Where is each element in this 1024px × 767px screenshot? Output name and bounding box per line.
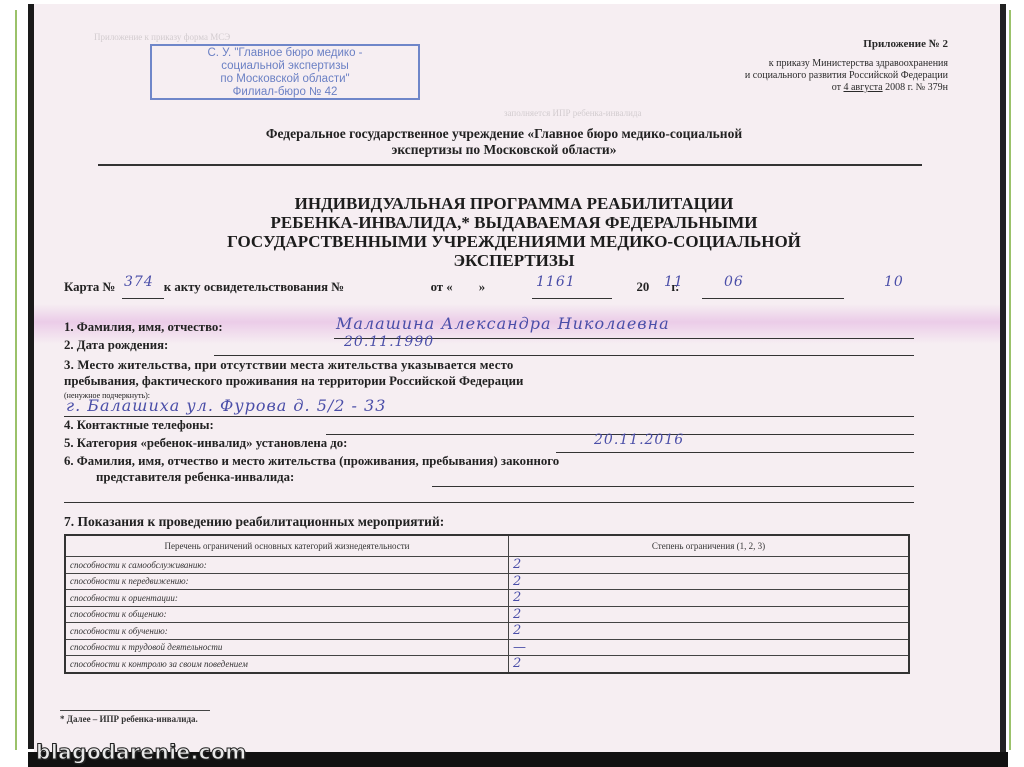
underline <box>532 298 612 299</box>
bleed-through-text: заполняется ИПР ребенка-инвалида <box>504 108 641 118</box>
field-category-until-value: 20.11.2016 <box>594 432 684 448</box>
document-title-line: ЭКСПЕРТИЗЫ <box>64 251 964 270</box>
organization-line: экспертизы по Московской области» <box>94 142 914 158</box>
act-year: 10 <box>884 274 904 290</box>
column-header-degree: Степень ограничения (1, 2, 3) <box>509 535 910 557</box>
scanned-document-page: Приложение к приказу форма МСЭ заполняет… <box>34 4 1000 752</box>
table-header-row: Перечень ограничений основных категорий … <box>65 535 909 557</box>
stamp-line: по Московской области" <box>152 73 418 86</box>
category-cell: способности к контролю за своим поведени… <box>65 656 509 673</box>
slide: Приложение к приказу форма МСЭ заполняет… <box>0 0 1024 767</box>
watermark: blagodarenie.com <box>36 740 247 764</box>
table-row: способности к контролю за своим поведени… <box>65 656 909 673</box>
card-label: Карта № <box>64 280 115 294</box>
section-7-title: 7. Показания к проведению реабилитационн… <box>64 514 444 530</box>
year-prefix: 20 <box>637 280 650 294</box>
field-full-name-value: Малашина Александра Николаевна <box>336 314 670 333</box>
organization-line: Федеральное государственное учреждение «… <box>94 126 914 142</box>
institution-stamp: С. У. "Главное бюро медико - социальной … <box>150 44 420 100</box>
underline <box>122 298 164 299</box>
stamp-line: социальной экспертизы <box>152 60 418 73</box>
field-residence-label: 3. Место жительства, при отсутствии мест… <box>64 358 514 373</box>
field-birth-date-label: 2. Дата рождения: <box>64 338 168 353</box>
column-header-categories: Перечень ограничений основных категорий … <box>65 535 509 557</box>
underline <box>556 452 914 453</box>
appendix-order-number: 2008 г. № 379н <box>885 82 948 93</box>
appendix-line: и социального развития Российской Федера… <box>745 70 948 82</box>
table-row: способности к самообслуживанию: 2 <box>65 557 909 574</box>
category-cell: способности к самообслуживанию: <box>65 557 509 574</box>
act-date-label: от « <box>431 280 453 294</box>
category-cell: способности к трудовой деятельности <box>65 639 509 656</box>
table-row: способности к ориентации: 2 <box>65 590 909 607</box>
card-number: 374 <box>124 274 154 290</box>
underline <box>214 355 914 356</box>
decorative-border-right <box>1009 10 1011 750</box>
appendix-line: к приказу Министерства здравоохранения <box>745 58 948 70</box>
table-row: способности к обучению: 2 <box>65 623 909 640</box>
act-month: 06 <box>724 274 744 290</box>
appendix-date-prefix: от <box>832 82 841 93</box>
appendix-date-line: от 4 августа 2008 г. № 379н <box>745 82 948 94</box>
document-title-line: РЕБЕНКА-ИНВАЛИДА,* ВЫДАВАЕМАЯ ФЕДЕРАЛЬНЫ… <box>64 213 964 232</box>
underline <box>64 502 914 503</box>
table-row: способности к трудовой деятельности — <box>65 639 909 656</box>
field-residence-label: пребывания, фактического проживания на т… <box>64 374 523 389</box>
scan-edge-right <box>1000 4 1006 754</box>
organization-name: Федеральное государственное учреждение «… <box>94 126 914 158</box>
quote-close: » <box>479 280 485 294</box>
act-day: 11 <box>664 274 684 290</box>
limitations-table: Перечень ограничений основных категорий … <box>64 534 910 674</box>
degree-cell: 2 <box>509 573 910 590</box>
field-residence-value: г. Балашиха ул. Фурова д. 5/2 - 33 <box>66 396 386 415</box>
category-cell: способности к общению: <box>65 606 509 623</box>
field-birth-date-value: 20.11.1990 <box>344 334 434 350</box>
act-number: 1161 <box>536 274 576 290</box>
degree-cell: 2 <box>509 590 910 607</box>
category-cell: способности к передвижению: <box>65 573 509 590</box>
degree-cell: 2 <box>509 557 910 574</box>
table-row: способности к общению: 2 <box>65 606 909 623</box>
field-category-until-label: 5. Категория «ребенок-инвалид» установле… <box>64 436 347 451</box>
field-full-name-label: 1. Фамилия, имя, отчество: <box>64 320 223 335</box>
stamp-line: С. У. "Главное бюро медико - <box>152 47 418 60</box>
footnote: * Далее – ИПР ребенка-инвалида. <box>60 714 198 724</box>
appendix-header: Приложение № 2 к приказу Министерства зд… <box>745 38 948 94</box>
degree-cell: 2 <box>509 606 910 623</box>
table-row: способности к передвижению: 2 <box>65 573 909 590</box>
decorative-border-left <box>15 10 17 750</box>
divider <box>98 164 922 166</box>
field-phones-label: 4. Контактные телефоны: <box>64 418 214 433</box>
degree-cell: 2 <box>509 623 910 640</box>
footnote-divider <box>60 710 210 711</box>
document-title: ИНДИВИДУАЛЬНАЯ ПРОГРАММА РЕАБИЛИТАЦИИ РЕ… <box>64 194 964 270</box>
appendix-title: Приложение № 2 <box>745 38 948 50</box>
category-cell: способности к обучению: <box>65 623 509 640</box>
field-representative-label: представителя ребенка-инвалида: <box>96 470 294 485</box>
card-line: Карта № к акту освидетельствования № от … <box>64 280 679 295</box>
category-cell: способности к ориентации: <box>65 590 509 607</box>
field-representative-label: 6. Фамилия, имя, отчество и место житель… <box>64 454 559 469</box>
degree-cell: — <box>509 639 910 656</box>
act-label: к акту освидетельствования № <box>164 280 344 294</box>
degree-cell: 2 <box>509 656 910 673</box>
document-title-line: ИНДИВИДУАЛЬНАЯ ПРОГРАММА РЕАБИЛИТАЦИИ <box>64 194 964 213</box>
underline <box>702 298 844 299</box>
underline <box>64 416 914 417</box>
underline <box>432 486 914 487</box>
document-title-line: ГОСУДАРСТВЕННЫМИ УЧРЕЖДЕНИЯМИ МЕДИКО-СОЦ… <box>64 232 964 251</box>
bleed-through-text: Приложение к приказу форма МСЭ <box>94 32 230 42</box>
stamp-line: Филиал-бюро № 42 <box>152 86 418 99</box>
appendix-date: 4 августа <box>843 82 882 93</box>
